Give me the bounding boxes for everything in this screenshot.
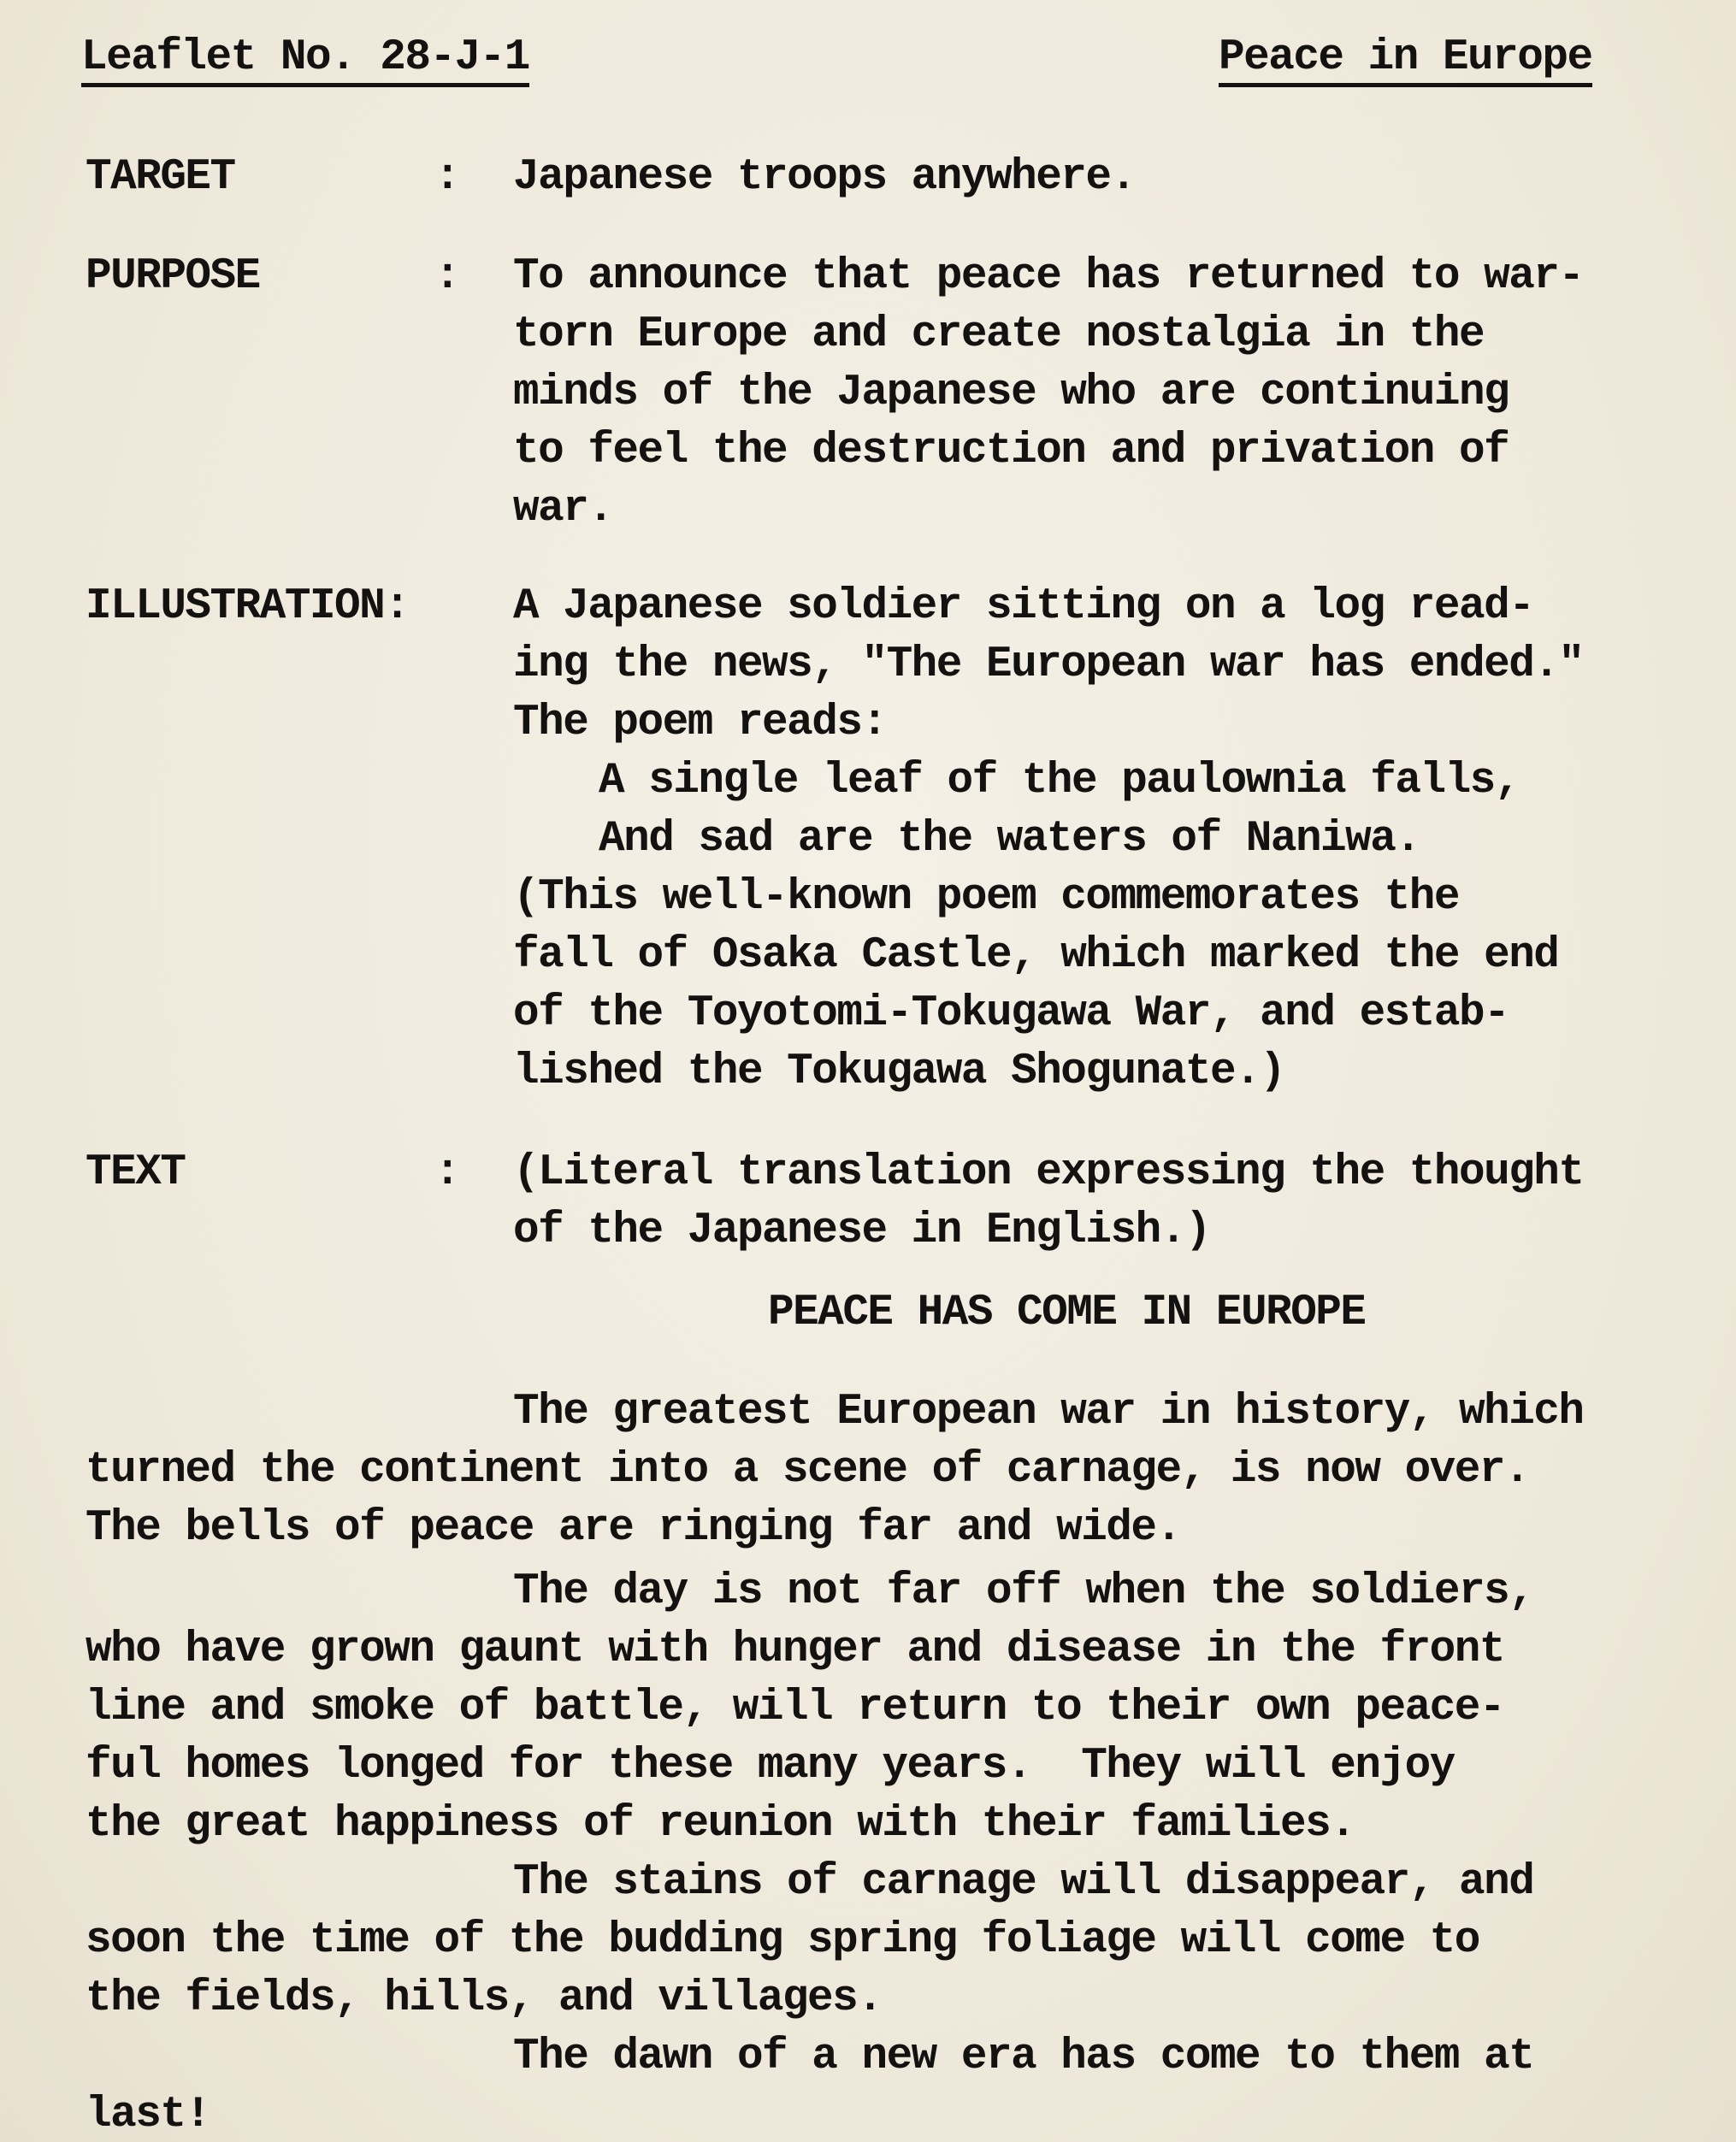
target-colon: :: [434, 156, 459, 199]
purpose-colon: :: [434, 255, 459, 298]
text-line: (Literal translation expressing the thou…: [513, 1151, 1584, 1195]
body-line: The greatest European war in history, wh…: [513, 1390, 1584, 1434]
body-line: line and smoke of battle, will return to…: [86, 1686, 1504, 1730]
illustration-line: A Japanese soldier sitting on a log read…: [513, 585, 1533, 628]
body-line: The day is not far off when the soldiers…: [513, 1570, 1533, 1614]
purpose-line: torn Europe and create nostalgia in the: [513, 313, 1484, 357]
body-line: The dawn of a new era has come to them a…: [513, 2035, 1533, 2079]
illustration-label: ILLUSTRATION:: [86, 585, 409, 628]
illustration-line: ing the news, "The European war has ende…: [513, 643, 1584, 687]
purpose-line: minds of the Japanese who are continuing: [513, 371, 1509, 415]
target-value: Japanese troops anywhere.: [513, 156, 1136, 199]
body-line: the fields, hills, and villages.: [86, 1977, 882, 2021]
illustration-note-line: of the Toyotomi-Tokugawa War, and estab-: [513, 992, 1509, 1036]
text-colon: :: [434, 1151, 459, 1195]
body-line: ful homes longed for these many years. T…: [86, 1744, 1455, 1788]
body-line: who have grown gaunt with hunger and dis…: [86, 1628, 1504, 1672]
body-heading: PEACE HAS COME IN EUROPE: [768, 1291, 1366, 1335]
leaflet-number: Leaflet No. 28-J-1: [81, 36, 529, 87]
body-line: the great happiness of reunion with thei…: [86, 1803, 1355, 1846]
illustration-note-line: lished the Tokugawa Shogunate.): [513, 1050, 1284, 1094]
purpose-line: To announce that peace has returned to w…: [513, 255, 1584, 298]
purpose-line: to feel the destruction and privation of: [513, 429, 1509, 473]
purpose-line: war.: [513, 487, 612, 531]
target-label: TARGET: [86, 156, 235, 199]
body-line: soon the time of the budding spring foli…: [86, 1919, 1479, 1962]
body-line: The stains of carnage will disappear, an…: [513, 1861, 1533, 1904]
poem-line: And sad are the waters of Naniwa.: [599, 817, 1420, 861]
text-label: TEXT: [86, 1151, 185, 1195]
body-line: The bells of peace are ringing far and w…: [86, 1507, 1181, 1550]
body-line: turned the continent into a scene of car…: [86, 1449, 1529, 1492]
illustration-note-line: fall of Osaka Castle, which marked the e…: [513, 934, 1558, 977]
body-line: last!: [86, 2093, 210, 2137]
poem-line: A single leaf of the paulownia falls,: [599, 759, 1520, 803]
illustration-line: The poem reads:: [513, 701, 887, 745]
purpose-label: PURPOSE: [86, 255, 260, 298]
document-title: Peace in Europe: [1219, 36, 1592, 87]
text-line: of the Japanese in English.): [513, 1209, 1210, 1253]
illustration-note-line: (This well-known poem commemorates the: [513, 876, 1459, 919]
